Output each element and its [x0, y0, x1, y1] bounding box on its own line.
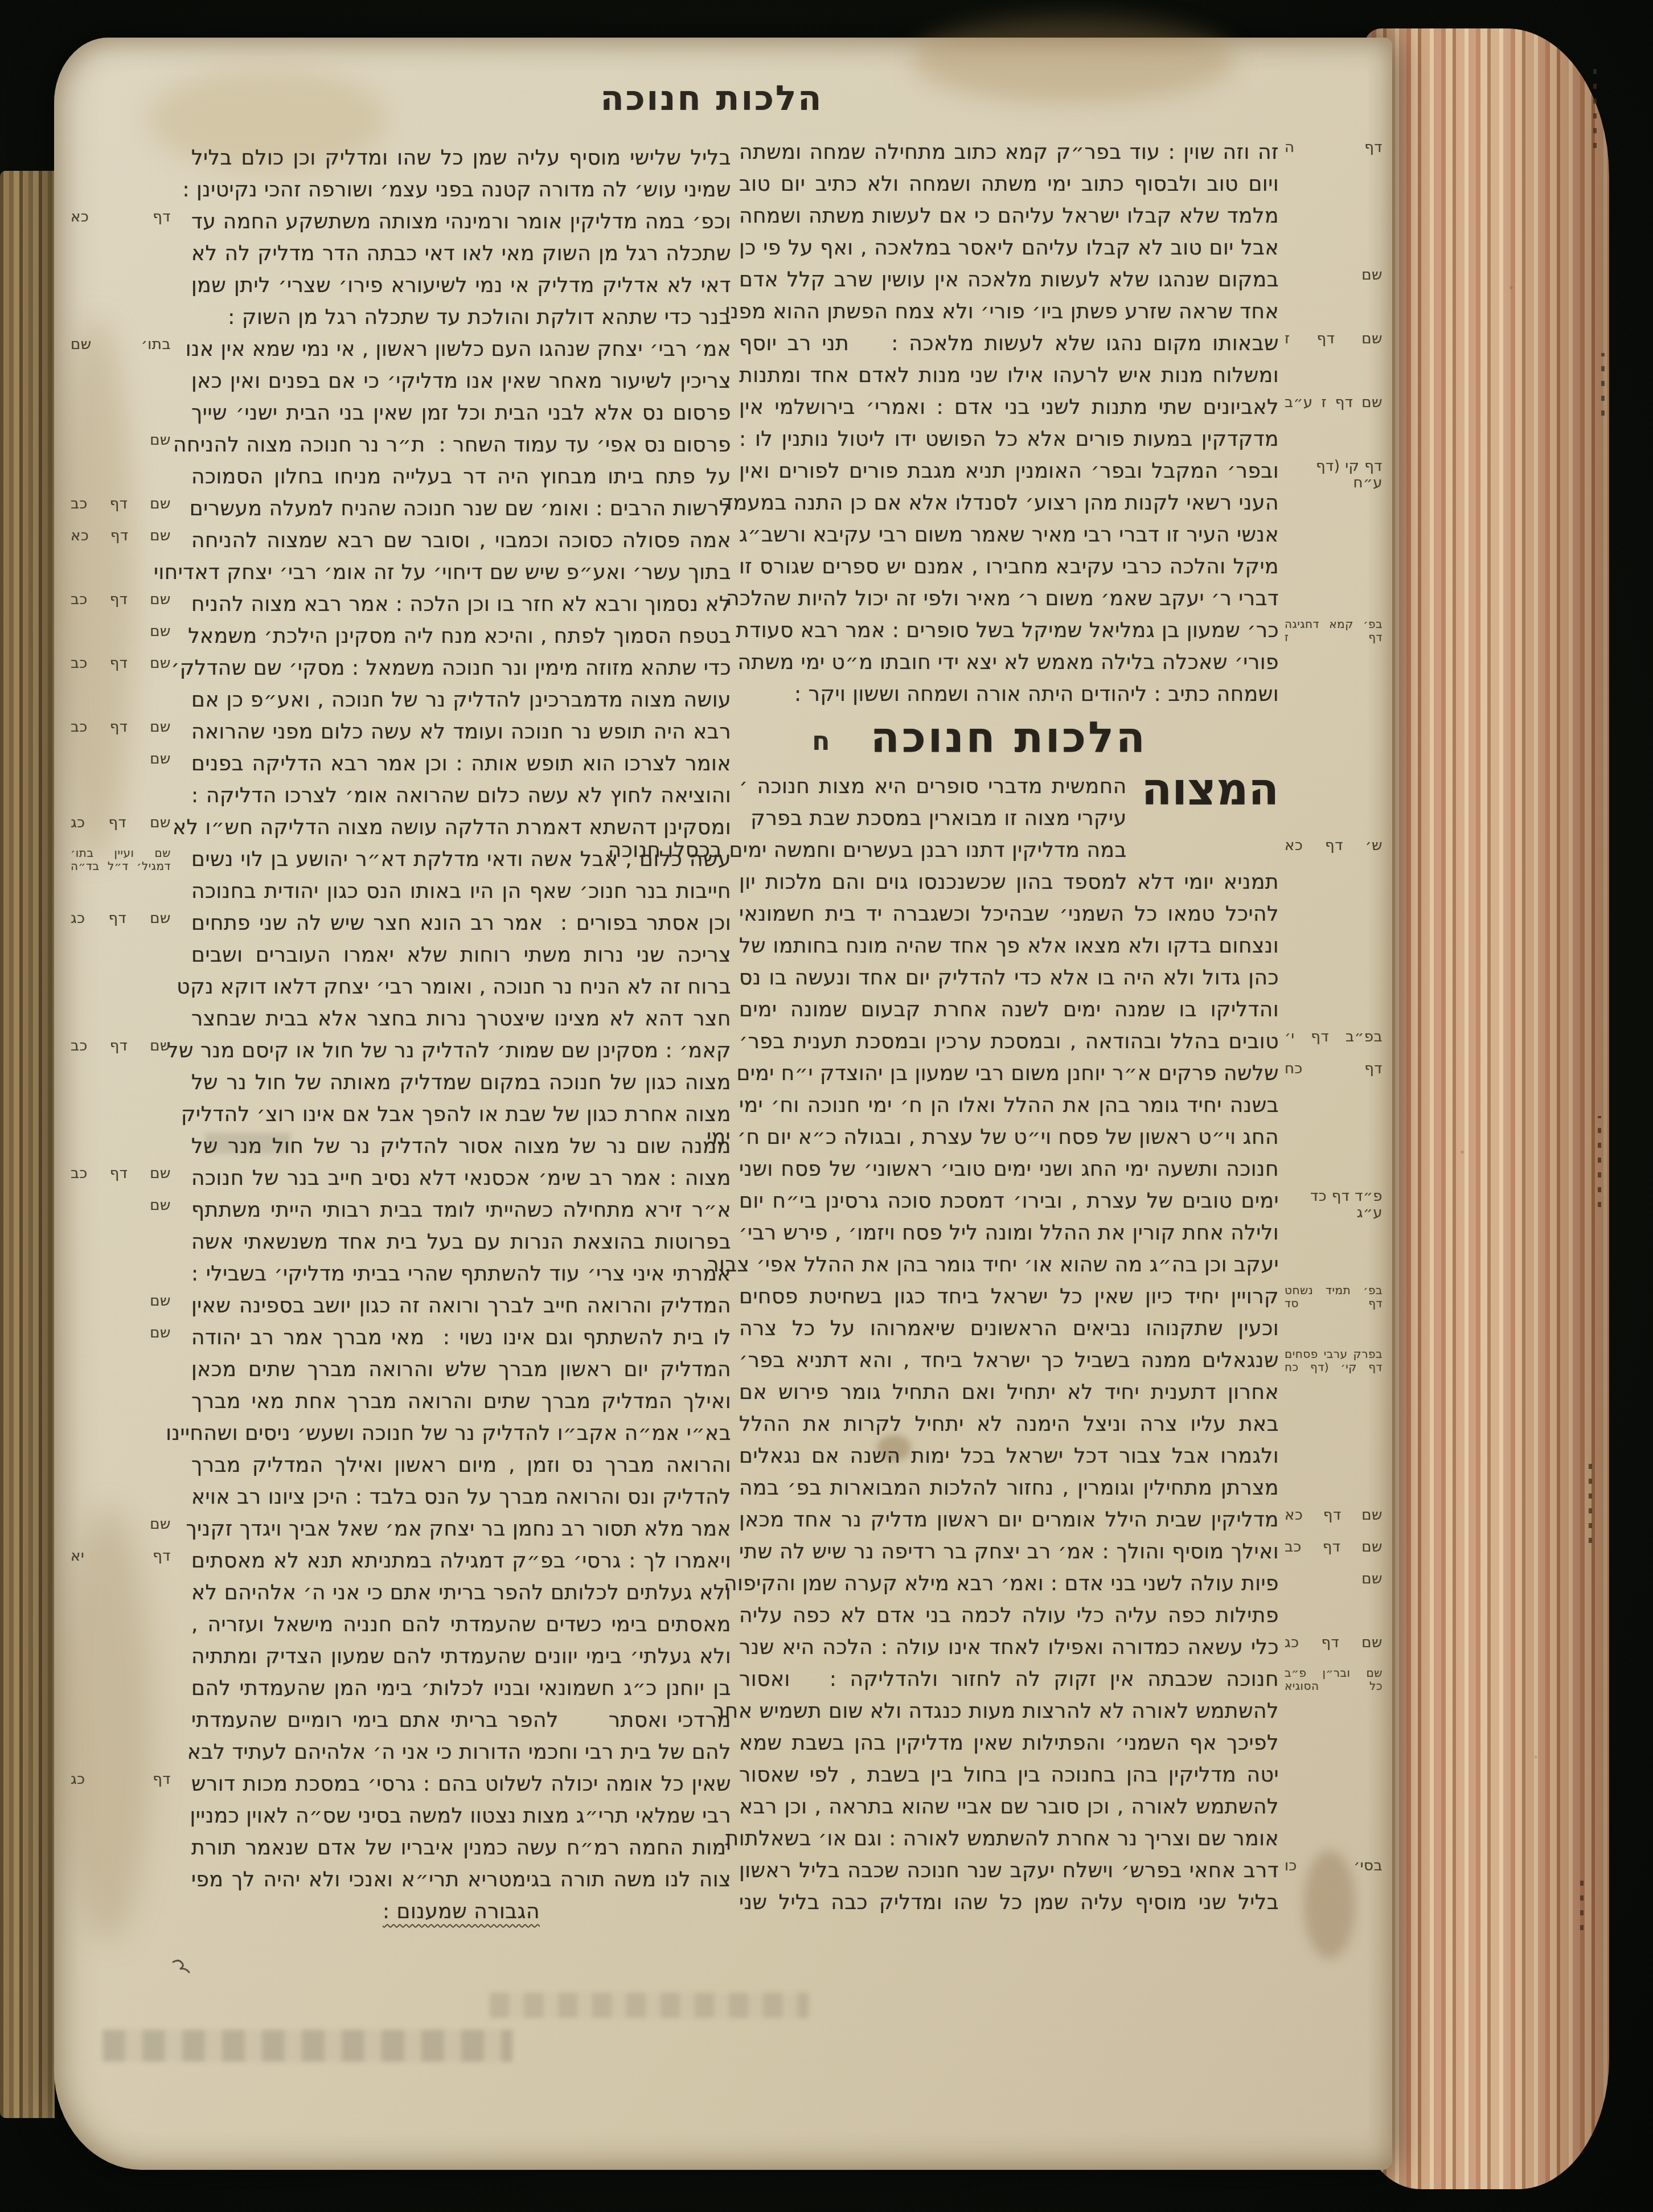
margin-citation: פ״ד דף כד ע״ג [1285, 1188, 1383, 1221]
margin-citation: דף כח [1285, 1061, 1383, 1077]
margin-citation: בסי׳ כו [1285, 1858, 1383, 1874]
text-line: והוציאה לחוץ לא עשה כלום שהרואה אומ׳ לצר… [191, 780, 731, 812]
text-line: לאביונים שתי מתנות לשני בני אדם : ואמרי׳… [739, 392, 1279, 424]
text-line: שבאותו מקום נהגו שלא לעשות מלאכה : תני ר… [739, 328, 1279, 360]
margin-citation: שם [1285, 1571, 1383, 1587]
text-line: כהן גדול ולא היה בו אלא כדי להדליק יום א… [739, 962, 1279, 994]
text-line: דברי ר׳ יעקב שאמ׳ משום ר׳ מאיר ולפי זה י… [739, 583, 1279, 615]
text-line: כלי עשאה כמדורה ואפילו לאחד אינו עולה : … [739, 1632, 1279, 1664]
margin-citation: שם דף כג [71, 910, 171, 927]
text-line: צוה לנו משה תורה בגימטריא תרי״א ואנכי ול… [191, 1864, 731, 1896]
text-line: במה מדליקין דתנו רבנן בעשרים וחמשה ימים … [739, 835, 1279, 867]
text-line: ונצחום בדקו ולא מצאו אלא פך אחד שהיה מונ… [739, 930, 1279, 962]
text-line: ויאמרו לך : גרסי׳ בפ״ק דמגילה במתניתא תנ… [191, 1545, 731, 1577]
text-line: צריכה שני נרות משתי רוחות שלא יאמרו העוב… [191, 939, 731, 971]
margin-citation: ש׳ דף כא [1285, 838, 1383, 854]
margin-citation: שם דף כב [71, 719, 171, 736]
text-line: דרב אחאי בפרש׳ וישלח יעקב שנר חנוכה שכבה… [739, 1855, 1279, 1887]
margin-citation: שם דף כב [71, 496, 171, 512]
margin-citation: שם דף כב [71, 592, 171, 608]
text-line: לא נסמוך ורבא לא חזר בו וכן הלכה : אמר ר… [191, 589, 731, 621]
text-line: לרשות הרבים : ואומ׳ שם שנר חנוכה שהניח ל… [191, 493, 731, 525]
text-line: ולילה אחת קורין את ההלל ומונה ליל פסח וי… [739, 1217, 1279, 1249]
text-line: בתוך עשר׳ ואע״פ שיש שם דיחוי׳ על זה אומ׳… [191, 557, 731, 589]
text-line: כר׳ שמעון בן גמליאל שמיקל בשל סופרים : א… [739, 615, 1279, 647]
margin-citation: שם דף כא [1285, 1507, 1383, 1524]
text-line: שלשה פרקים א״ר יוחנן משום רבי שמעון בן י… [739, 1058, 1279, 1090]
text-line: עושה מצוה מדמברכינן להדליק נר של חנוכה ,… [191, 684, 731, 716]
text-line: כדי שתהא מזוזה מימין ונר חנוכה משמאל : מ… [191, 652, 731, 684]
text-line: חצר דהא לא מצינו שיצטרך נרות בחצר אלא בב… [191, 1003, 731, 1035]
text-line: פרסום נס אפי׳ עד עמוד השחר : ת״ר נר חנוכ… [191, 429, 731, 461]
section-marker: ח [812, 725, 830, 756]
text-line: חייבות בנר חנוכ׳ שאף הן היו באותו הנס כג… [191, 876, 731, 908]
text-line: וכפ׳ במה מדליקין אומר ורמינהי מצותה משתש… [191, 206, 731, 238]
margin-citation: שם דף כג [71, 815, 171, 831]
text-line: החמשית מדברי סופרים היא מצות חנוכה ׳ [739, 771, 1279, 803]
margin-citation: שם דף כב [71, 1165, 171, 1182]
text-line: ימים טובים של עצרת , ובירו׳ דמסכת סוכה ג… [739, 1185, 1279, 1217]
margin-citation: שם [71, 623, 171, 640]
column-left: בליל שלישי מוסיף עליה שמן כל שהו ומדליק … [191, 142, 731, 1928]
text-line: וכעין שתקנוהו נביאים הראשונים שיאמרוהו ע… [739, 1313, 1279, 1345]
text-line: אחרון דתענית יחיד לא יתחיל ואם התחיל גומ… [739, 1377, 1279, 1409]
text-line: מצוה כגון של חנוכה במקום שמדליק מאותה של… [191, 1067, 731, 1099]
text-line: ומסקינן דהשתא דאמרת הדלקה עושה מצוה הדלי… [191, 812, 731, 844]
text-line: אמ׳ רבי׳ יצחק שנהגו העם כלשון ראשון , אי… [191, 334, 731, 366]
text-line: רבא היה תופש נר חנוכה ועומד לא עשה כלום … [191, 716, 731, 748]
margin-citation: דף כג [71, 1771, 171, 1788]
margin-citation: דף יא [71, 1548, 171, 1565]
text-line: פורי׳ שאכלה בלילה מאמש לא יצא ידי חובתו … [739, 647, 1279, 679]
margin-citation: בפ׳ קמא דחגיגה דף ז [1285, 618, 1383, 644]
margin-citation: שם [71, 751, 171, 768]
text-line: בן יוחנן כ״ג חשמונאי ובניו לכלות׳ בימי ה… [191, 1673, 731, 1705]
closing-line: הגבורה שמענום : [191, 1896, 731, 1928]
text-line: דאי לא אדליק מדליק אי נמי לשיעורא פירו׳ … [191, 270, 731, 302]
text-line: ויום טוב ולבסוף כתוב ימי משתה ושמחה ולא … [739, 169, 1279, 200]
text-line: לפיכך אף השמני׳ והפתילות שאין מדליקין בה… [739, 1727, 1279, 1759]
text-line: ממנה שום נר של מצוה אסור להדליק נר של חו… [191, 1131, 731, 1163]
text-line: בליל שני מוסיף עליה שמן כל שהו ומדליק כב… [739, 1887, 1279, 1919]
margin-citation: שם [71, 1516, 171, 1533]
text-line: וכן אסתר בפורים : אמר רב הונא חצר שיש לה… [191, 908, 731, 939]
text-line: להיכל טמאו כל השמני׳ שבהיכל וכשגברה יד ב… [739, 898, 1279, 930]
margin-citation: שם דף כב [71, 655, 171, 672]
text-line: אומר שם וצריך נר אחרת להשתמש לאורה : וגם… [739, 1823, 1279, 1855]
margin-citation: שם דף ז ע״ב [1285, 395, 1383, 411]
text-line: מדקדקין במעות פורים אלא כל הפושט ידו ליט… [739, 424, 1279, 455]
margin-citation: בתו׳ שם [71, 336, 171, 353]
margin-citation: שם [71, 432, 171, 449]
margin-citation: בפרק ערבי פסחים דף קי׳ (דף כח [1285, 1348, 1383, 1374]
margin-citation: שם דף כב [1285, 1539, 1383, 1556]
text-line: והדליקו בו שמנה ימים לשנה אחרת קבעום שמו… [739, 994, 1279, 1026]
margin-citation: דף ה [1285, 139, 1383, 156]
running-head: הלכות חנוכה [575, 79, 848, 118]
text-line: רבי שמלאי תרי״ג מצות נצטוו למשה בסיני שס… [191, 1800, 731, 1832]
margin-citation: שם דף כג [1285, 1635, 1383, 1651]
text-line: מיקל והלכה כרבי עקיבא מחבירו , אמנם יש ס… [739, 551, 1279, 583]
text-line: ימות החמה רמ״ח עשה כמנין איבריו של אדם ש… [191, 1832, 731, 1864]
text-line: עיקרי מצוה זו מבוארין במסכת שבת בפרק [739, 803, 1279, 835]
text-line: בפרוטות בהוצאת הנרות עם בעל בית אחד משנש… [191, 1226, 731, 1258]
fore-edge-page-stack [1364, 28, 1609, 2189]
text-line: ואילך מוסיף והולך : אמ׳ רב יצחק בר רדיפה… [739, 1536, 1279, 1568]
text-line: יעקב וכן בה״ג מה שהוא או׳ יחיד גומר בהן … [739, 1249, 1279, 1281]
margin-citation: שם דף ז [1285, 331, 1383, 347]
text-line: מצוה : אמר רב שימ׳ אכסנאי דלא נסיב חייב … [191, 1163, 731, 1195]
text-line: בא״י אמ״ה אקב״ו להדליק נר של חנוכה ושעש׳… [191, 1418, 731, 1450]
text-line: פיות עולה לשני בני אדם : ואמ׳ רבא מילא ק… [739, 1568, 1279, 1600]
text-line: להשתמש לאורה , וכן סובר שם אביי שהוא בתר… [739, 1791, 1279, 1823]
text-line: העני רשאי לקנות מהן רצוע׳ לסנדלו אלא אם … [739, 487, 1279, 519]
text-line: ובפר׳ המקבל ובפר׳ האומנין תניא מגבת פורי… [739, 455, 1279, 487]
margin-citation: שם דף כא [71, 528, 171, 544]
margin-citation: דף כא [71, 209, 171, 225]
text-line: בנר כדי שתהא דולקת והולכת עד שתכלה רגל מ… [191, 302, 731, 334]
edge-speckle [1580, 1879, 1584, 1930]
text-line: ולא געלתי׳ בימי יוונים שהעמדתי להם שמעון… [191, 1641, 731, 1673]
text-line: טובים בהלל ובהודאה , ובמסכת ערכין ובמסכת… [739, 1026, 1279, 1058]
text-line: אבל יום טוב לא קבלו עליהם ליאסר במלאכה ,… [739, 232, 1279, 264]
text-line: במקום שנהגו שלא לעשות מלאכה אין עושין שר… [739, 264, 1279, 296]
text-line: להדליק ונס והרואה מברך על הנס בלבד : היכ… [191, 1481, 731, 1513]
text-line: אמה פסולה כסוכה וכמבוי , וסובר שם רבא שמ… [191, 525, 731, 557]
column-right-lower: המצוה החמשית מדברי סופרים היא מצות חנוכה… [739, 771, 1279, 1919]
text-line: החג וי״ט ראשון של פסח וי״ט של עצרת , ובג… [739, 1122, 1279, 1154]
text-line: חנוכה שכבתה אין זקוק לה לחזור ולהדליקה :… [739, 1664, 1279, 1696]
text-line: פתילות כפה עליה כלי עולה לכמה בני אדם לא… [739, 1600, 1279, 1632]
margin-citation: בפ׳ תמיד נשחט דף סד [1285, 1284, 1383, 1310]
text-line: מצרתן מתחילין וגומרין , נחזור להלכות המב… [739, 1472, 1279, 1504]
text-line: ולא געלתים לכלותם להפר בריתי אתם כי אני … [191, 1577, 731, 1609]
text-line: מאסתים בימי כשדים שהעמדתי להם חנניה מישא… [191, 1609, 731, 1641]
text-line: אמרתי איני צרי׳ עוד להשתתף שהרי בביתי מד… [191, 1258, 731, 1290]
text-line: אנשי העיר זו דברי רבי מאיר שאמר משום רבי… [739, 519, 1279, 551]
text-line: קאמ׳ : מסקינן שם שמות׳ להדליק נר של חול … [191, 1035, 731, 1067]
text-line: אמר מלא תסור רב נחמן בר יצחק אמ׳ שאל אבי… [191, 1513, 731, 1545]
text-line: והרואה מברך נס וזמן , מיום ראשון ואילך ה… [191, 1450, 731, 1481]
text-line: מרדכי ואסתר להפר בריתי אתם בימי רומיים ש… [191, 1705, 731, 1737]
text-line: מלמד שלא קבלו ישראל עליהם כי אם לעשות מש… [739, 200, 1279, 232]
text-line: המדליק והרואה חייב לברך ורואה זה כגון יו… [191, 1290, 731, 1322]
text-line: עשה כלום , אבל אשה ודאי מדלקת דא״ר יהושע… [191, 844, 731, 876]
text-line: מצוה אחרת כגון של שבת או להפך אבל אם אינ… [191, 1099, 731, 1131]
ink-mark [171, 1957, 191, 1975]
text-line: מדליקין שבית הילל אומרים יום ראשון מדליק… [739, 1504, 1279, 1536]
text-line: ושמחה כתיב : ליהודים היתה אורה ושמחה ושש… [739, 679, 1279, 711]
margin-citation: שם [71, 1325, 171, 1341]
text-line: אומר לצרכו הוא תופש אותה : וכן אמר רבא ה… [191, 748, 731, 780]
text-line: לו בית להשתתף וגם אינו נשוי : מאי מברך א… [191, 1322, 731, 1354]
margin-citation: שם [1285, 267, 1383, 284]
margin-citation: דף קי (דף ע״ח [1285, 458, 1383, 491]
edge-speckle [1589, 1458, 1592, 1543]
text-line: בליל שלישי מוסיף עליה שמן כל שהו ומדליק … [191, 142, 731, 174]
binding-page-edges [0, 171, 55, 2118]
text-line: שאין כל אומה יכולה לשלוט בהם : גרסי׳ במס… [191, 1768, 731, 1800]
text-line: ומשלוח מנות איש לרעהו אילו שני מנות לאדם… [739, 360, 1279, 392]
edge-speckle [1598, 1116, 1601, 1207]
margin-citation: שם [71, 1293, 171, 1310]
text-line: תמניא יומי דלא למספד בהון שכשנכנסו גוים … [739, 867, 1279, 898]
text-line: א״ר זירא מתחילה כשהייתי לומד בבית רבותי … [191, 1195, 731, 1226]
column-right-upper: זה וזה שוין : עוד בפר״ק קמא כתוב מתחילה … [739, 137, 1279, 711]
text-line: יטה מדליקין בהן בחנוכה בין בחול בין בשבת… [739, 1759, 1279, 1791]
margin-citation: שם [71, 1197, 171, 1214]
text-line: להשתמש לאורה לא להרצות מעות כנגדה ולא שו… [739, 1696, 1279, 1727]
text-line: באת עליו צרה וניצל הימנה לא יתחיל לקרות … [739, 1409, 1279, 1441]
text-line: המדליק יום ראשון מברך שלש והרואה מברך שת… [191, 1354, 731, 1386]
margin-citation: שם דף כב [71, 1038, 171, 1054]
text-line: ולגמרו אבל צבור דכל ישראל בכל ימות השנה … [739, 1441, 1279, 1472]
text-line: קרויין יחיד כיון שאין כל ישראל ביחד כגון… [739, 1281, 1279, 1313]
text-line: בטפח הסמוך לפתח , והיכא מנח ליה מסקינן ה… [191, 621, 731, 652]
text-line: זה וזה שוין : עוד בפר״ק קמא כתוב מתחילה … [739, 137, 1279, 169]
text-line: על פתח ביתו מבחוץ היה דר בעלייה מניחו בח… [191, 461, 731, 493]
text-line: פרסום נס אלא לבני הבית וכל זמן שאין בני … [191, 397, 731, 429]
margin-citation: שם ועיין בתו׳ דמגיל׳ ד״ל בד״ה [71, 847, 171, 873]
text-line: צריכין לשיעור מאחר שאין אנו מדליקי׳ כי א… [191, 366, 731, 397]
text-line: חנוכה ותשעה ימי החג ושני ימים טובי׳ ראשו… [739, 1154, 1279, 1185]
section-heading-block: הלכות חנוכה ח [739, 713, 1279, 768]
scanned-book-page: הלכות חנוכה זה וזה שוין : עוד בפר״ק קמא … [0, 0, 1653, 2212]
text-line: ברוח זה לא הניח נר חנוכה , ואומר רבי׳ יצ… [191, 971, 731, 1003]
text-line: שמיני עוש׳ לה מדורה קטנה בפני עצמ׳ ושורפ… [191, 174, 731, 206]
text-line: בשנה יחיד גומר בהן את ההלל ואלו הן ח׳ ימ… [739, 1090, 1279, 1122]
text-line: שתכלה רגל מן השוק מאי לאו דאי כבתה הדר מ… [191, 238, 731, 270]
text-line: ואילך המדליק מברך שתים והרואה מברך אחת מ… [191, 1386, 731, 1418]
margin-citation: שם ובר״ן פ״ב כל הסוגיא [1285, 1667, 1383, 1693]
margin-citation: בפ״ב דף י׳ [1285, 1029, 1383, 1045]
edge-speckle [1601, 353, 1605, 416]
edge-speckle [1593, 63, 1597, 148]
text-line: להם של בית רבי וחכמי הדורות כי אני ה׳ אל… [191, 1737, 731, 1768]
text-line: אחד שראה שזרע פשתן ביו׳ פורי׳ ולא צמח הפ… [739, 296, 1279, 328]
text-line: שנגאלים ממנה בשביל כך ישראל ביחד , והא ד… [739, 1345, 1279, 1377]
